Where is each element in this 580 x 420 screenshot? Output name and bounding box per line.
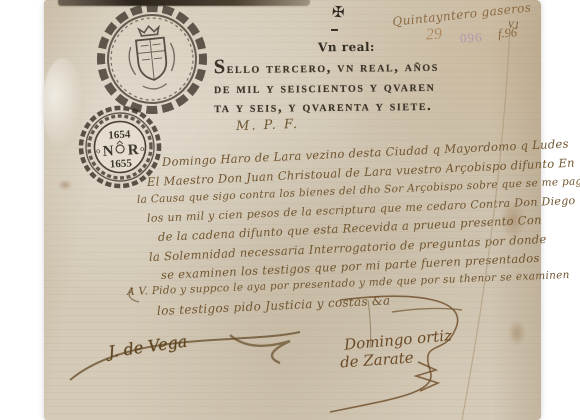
maltese-cross-icon: ✠ bbox=[331, 3, 345, 22]
stamp-year-bottom: 1655 bbox=[110, 157, 133, 170]
ink-spot bbox=[58, 180, 72, 190]
stamp-year-top: 1654 bbox=[108, 128, 131, 141]
pencil-number: 29 bbox=[425, 25, 442, 44]
folio-number: f.96 bbox=[497, 25, 517, 42]
heading-line: ta y seis, y qvarenta y siete. bbox=[214, 97, 439, 119]
ink-tick bbox=[331, 29, 338, 31]
stamp-side-o: o bbox=[140, 144, 144, 153]
stamp-letter-r: R bbox=[127, 142, 139, 159]
scribe-initials: M. P. F. bbox=[236, 117, 300, 134]
stamp-side-o: o bbox=[96, 146, 100, 155]
stamped-number: 096 bbox=[460, 29, 483, 46]
printed-heading: Sello tercero, vn real, años de mil y se… bbox=[214, 56, 440, 119]
fold-stain bbox=[508, 320, 526, 346]
heading-line: Sello tercero, vn real, años bbox=[214, 56, 439, 80]
denomination-label: Vn real: bbox=[318, 40, 398, 55]
heading-line: de mil y seiscientos y qvaren bbox=[214, 77, 439, 99]
manuscript-photo: ✠ Quintayntero gaseros V.1 29 096 f.96 V… bbox=[0, 0, 580, 420]
